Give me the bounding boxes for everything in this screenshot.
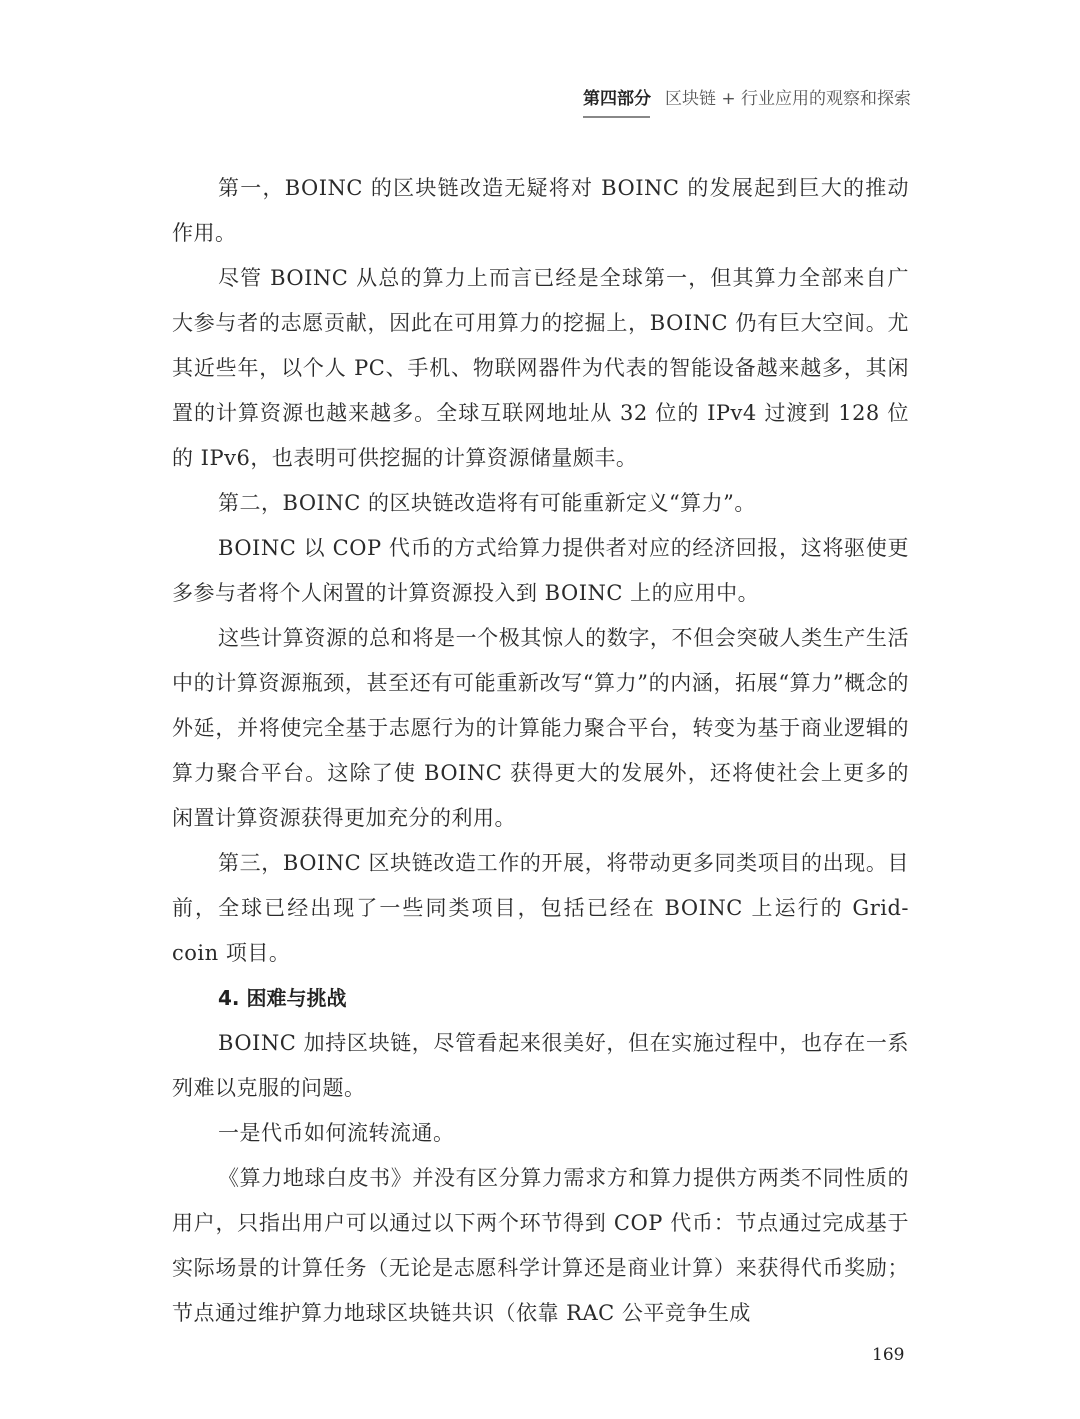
body-text: 第一，BOINC 的区块链改造无疑将对 BOINC 的发展起到巨大的推动作用。 … (172, 166, 909, 1336)
section-heading: 4. 困难与挑战 (172, 976, 909, 1021)
paragraph: 一是代币如何流转流通。 (172, 1111, 909, 1156)
paragraph: 第一，BOINC 的区块链改造无疑将对 BOINC 的发展起到巨大的推动作用。 (172, 166, 909, 256)
paragraph: 第三，BOINC 区块链改造工作的开展，将带动更多同类项目的出现。目前，全球已经… (172, 841, 909, 976)
paragraph: 尽管 BOINC 从总的算力上而言已经是全球第一，但其算力全部来自广大参与者的志… (172, 256, 909, 481)
paragraph: BOINC 以 COP 代币的方式给算力提供者对应的经济回报，这将驱使更多参与者… (172, 526, 909, 616)
header-part: 第四部分 (583, 89, 651, 109)
running-header: 第四部分区块链 + 行业应用的观察和探索 (583, 84, 923, 114)
paragraph: BOINC 加持区块链，尽管看起来很美好，但在实施过程中，也存在一系列难以克服的… (172, 1021, 909, 1111)
paragraph: 《算力地球白皮书》并没有区分算力需求方和算力提供方两类不同性质的用户，只指出用户… (172, 1156, 909, 1336)
header-underline (583, 116, 650, 118)
paragraph: 第二，BOINC 的区块链改造将有可能重新定义“算力”。 (172, 481, 909, 526)
paragraph: 这些计算资源的总和将是一个极其惊人的数字，不但会突破人类生产生活中的计算资源瓶颈… (172, 616, 909, 841)
page-number: 169 (872, 1345, 904, 1365)
header-title: 区块链 + 行业应用的观察和探索 (665, 89, 911, 109)
